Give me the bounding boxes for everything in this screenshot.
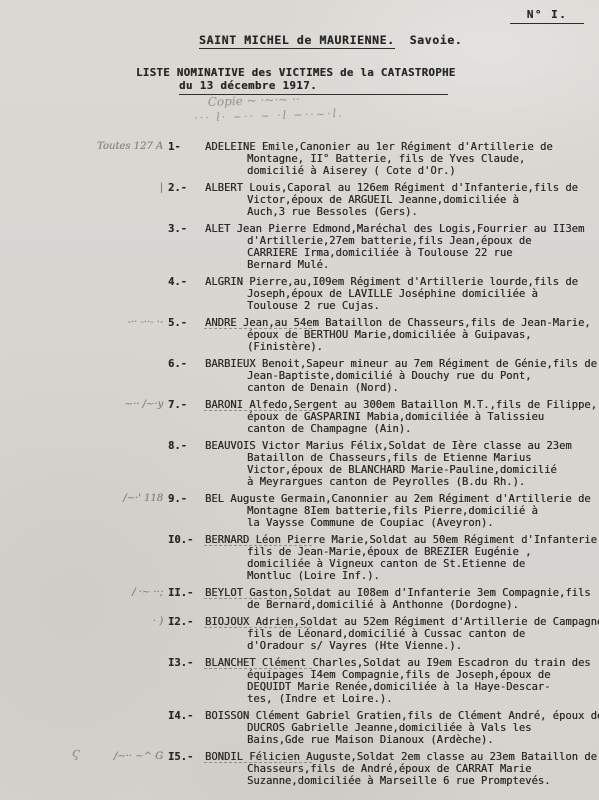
entry-line: à Meyrargues canton de Peyrolles (B.du R…	[247, 476, 599, 488]
entry-line: ALGRIN Pierre,au,I09em Régiment d'Artill…	[205, 276, 599, 288]
entry-text: BERNARD Léon Pierre Marie,Soldat au 50em…	[205, 534, 599, 582]
entry-number: I4.-	[168, 710, 205, 746]
entry-number: 3.-	[168, 223, 205, 271]
entry-line: Victor,époux de BLANCHARD Marie-Pauline,…	[247, 464, 599, 476]
margin-annotation: / ·~ ··;	[0, 587, 168, 611]
handwritten-note-line1: Copie ~ ·~·~ ··	[208, 92, 300, 109]
document-title-row: SAINT MICHEL de MAURIENNE.Savoie.	[199, 33, 462, 47]
entry-line: BARONI Alfedo,Sergent au 300em Bataillon…	[205, 399, 599, 411]
entry-line: d'Artillerie,27em batterie,fils Jean,épo…	[247, 235, 599, 247]
entry-line: fils de Léonard,domicilié à Cussac canto…	[247, 628, 599, 640]
victim-entry: I3.- BLANCHET Clément Charles,Soldat au …	[0, 657, 599, 705]
entry-text: BLANCHET Clément Charles,Soldat au I9em …	[205, 657, 599, 705]
entry-text: BONDIL Félicien Auguste,Soldat 2em class…	[205, 751, 599, 787]
margin-annotation	[0, 276, 168, 312]
entry-line: Victor,époux de ARGUEIL Jeanne,domicilié…	[247, 194, 599, 206]
victim-list: Toutes 127 A 1- ADELEINE Emile,Canonier …	[0, 141, 599, 792]
entry-line: (Finistère).	[247, 341, 599, 353]
entry-line: Bains,Gde rue Maison Dianoux (Ardèche).	[247, 734, 599, 746]
entry-line: Jean-Baptiste,domicilié à Douchy rue du …	[247, 370, 599, 382]
entry-line: BARBIEUX Benoit,Sapeur mineur au 7em Rég…	[205, 358, 599, 370]
entry-text: BARBIEUX Benoit,Sapeur mineur au 7em Rég…	[205, 358, 599, 394]
entry-line: ANDRE Jean,au 54em Bataillon de Chasseur…	[205, 317, 599, 329]
victim-entry: I4.- BOISSON Clément Gabriel Gratien,fil…	[0, 710, 599, 746]
victim-entry: ~·· /~·y 7.- BARONI Alfedo,Sergent au 30…	[0, 399, 599, 435]
entry-text: BEAUVOIS Victor Marius Félix,Soldat de I…	[205, 440, 599, 488]
entry-number: 1-	[168, 141, 205, 177]
entry-number: II.-	[168, 587, 205, 611]
entry-number: 6.-	[168, 358, 205, 394]
margin-annotation	[0, 534, 168, 582]
margin-annotation: Toutes 127 A	[0, 141, 168, 177]
entry-line: BERNARD Léon Pierre Marie,Soldat au 50em…	[205, 534, 599, 546]
document-region: Savoie.	[410, 33, 463, 47]
entry-line: ALET Jean Pierre Edmond,Maréchal des Log…	[205, 223, 599, 235]
entry-line: Joseph,époux de LAVILLE Joséphine domici…	[247, 288, 599, 300]
entry-line: Montluc (Loire Inf.).	[247, 570, 599, 582]
entry-text: BEL Auguste Germain,Canonnier au 2em Rég…	[205, 493, 599, 529]
entry-line: Bernard Mulé.	[247, 259, 599, 271]
entry-number: 2.-	[168, 182, 205, 218]
entry-line: Bataillon de Chasseurs,fils de Etienne M…	[247, 452, 599, 464]
victim-entry: /~·' 118 9.- BEL Auguste Germain,Canonni…	[0, 493, 599, 529]
document-title: SAINT MICHEL de MAURIENNE.	[199, 33, 395, 49]
entry-line: domiciliée à Vigneux canton de St.Etienn…	[247, 558, 599, 570]
entry-line: Auch,3 rue Bessoles (Gers).	[247, 206, 599, 218]
entry-line: BEL Auguste Germain,Canonnier au 2em Rég…	[205, 493, 599, 505]
entry-line: BOISSON Clément Gabriel Gratien,fils de …	[205, 710, 599, 722]
entry-line: BLANCHET Clément Charles,Soldat au I9em …	[205, 657, 599, 669]
entry-line: domicilié à Aiserey ( Cote d'Or.)	[247, 165, 599, 177]
page-number: N° I.	[510, 8, 584, 24]
entry-line: BEAUVOIS Victor Marius Félix,Soldat de I…	[205, 440, 599, 452]
entry-text: BOISSON Clément Gabriel Gratien,fils de …	[205, 710, 599, 746]
entry-number: I3.-	[168, 657, 205, 705]
entry-line: CARRIERE Irma,domiciliée à Toulouse 22 r…	[247, 247, 599, 259]
victim-entry: / ·~ ··; II.- BEYLOT Gaston,Soldat au I0…	[0, 587, 599, 611]
entry-line: fils de Jean-Marie,époux de BREZIER Eugé…	[247, 546, 599, 558]
margin-annotation	[0, 440, 168, 488]
margin-annotation	[0, 358, 168, 394]
entry-line: tes, (Indre et Loire.).	[247, 693, 599, 705]
entry-text: ADELEINE Emile,Canonier au 1er Régiment …	[205, 141, 599, 177]
margin-annotation: ~·· /~·y	[0, 399, 168, 435]
victim-entry: I0.- BERNARD Léon Pierre Marie,Soldat au…	[0, 534, 599, 582]
margin-annotation: -·· -··- ·-	[0, 317, 168, 353]
victim-entry: 8.- BEAUVOIS Victor Marius Félix,Soldat …	[0, 440, 599, 488]
entry-number: 5.-	[168, 317, 205, 353]
entry-line: Toulouse 2 rue Cujas.	[247, 300, 599, 312]
entry-text: ALET Jean Pierre Edmond,Maréchal des Log…	[205, 223, 599, 271]
margin-annotation: /~·' 118	[0, 493, 168, 529]
entry-text: BARONI Alfedo,Sergent au 300em Bataillon…	[205, 399, 599, 435]
victim-entry: 6.- BARBIEUX Benoit,Sapeur mineur au 7em…	[0, 358, 599, 394]
handwritten-note: Copie ~ ·~·~ ·· ··· l· ~·· ~ ·l ~··~·l.	[208, 91, 344, 125]
entry-line: Montagne 8Iem batterie,fils Pierre,domic…	[247, 505, 599, 517]
entry-line: Montagne, II° Batterie, fils de Yves Cla…	[247, 153, 599, 165]
margin-annotation: |	[0, 182, 168, 218]
margin-annotation	[0, 657, 168, 705]
entry-line: BIOJOUX Adrien,Soldat au 52em Régiment d…	[205, 616, 599, 628]
victim-entry: · ) I2.- BIOJOUX Adrien,Soldat au 52em R…	[0, 616, 599, 652]
entry-line: équipages I4em Compagnie,fils de Joseph,…	[247, 669, 599, 681]
entry-number: 8.-	[168, 440, 205, 488]
victim-entry: /~·· ~^ G I5.- BONDIL Félicien Auguste,S…	[0, 751, 599, 787]
margin-annotation	[0, 710, 168, 746]
margin-annotation: /~·· ~^ G	[0, 751, 168, 787]
entry-line: Suzanne,domiciliée à Marseille 6 rue Pro…	[247, 775, 599, 787]
entry-line: ALBERT Louis,Caporal au 126em Régiment d…	[205, 182, 599, 194]
entry-text: ALBERT Louis,Caporal au 126em Régiment d…	[205, 182, 599, 218]
entry-number: I2.-	[168, 616, 205, 652]
margin-annotation: · )	[0, 616, 168, 652]
victim-entry: -·· -··- ·- 5.- ANDRE Jean,au 54em Batai…	[0, 317, 599, 353]
entry-line: de Bernard,domicilié à Anthonne (Dordogn…	[247, 599, 599, 611]
margin-annotation	[0, 223, 168, 271]
entry-number: 9.-	[168, 493, 205, 529]
entry-line: canton de Denain (Nord).	[247, 382, 599, 394]
victim-entry: Toutes 127 A 1- ADELEINE Emile,Canonier …	[0, 141, 599, 177]
entry-line: BEYLOT Gaston,Soldat au I08em d'Infanter…	[205, 587, 599, 599]
entry-number: I5.-	[168, 751, 205, 787]
entry-line: époux de GASPARINI Mabia,domiciliée à Ta…	[247, 411, 599, 423]
entry-line: Chasseurs,fils de André,époux de CARRAT …	[247, 763, 599, 775]
entry-number: I0.-	[168, 534, 205, 582]
entry-line: époux de BERTHOU Marie,domiciliée à Guip…	[247, 329, 599, 341]
victim-entry: 4.- ALGRIN Pierre,au,I09em Régiment d'Ar…	[0, 276, 599, 312]
entry-text: BEYLOT Gaston,Soldat au I08em d'Infanter…	[205, 587, 599, 611]
entry-line: d'Oradour s/ Vayres (Hte Vienne.).	[247, 640, 599, 652]
victim-entry: 3.- ALET Jean Pierre Edmond,Maréchal des…	[0, 223, 599, 271]
entry-number: 7.-	[168, 399, 205, 435]
victim-entry: | 2.- ALBERT Louis,Caporal au 126em Régi…	[0, 182, 599, 218]
entry-line: la Vaysse Commune de Coupiac (Aveyron).	[247, 517, 599, 529]
entry-text: ALGRIN Pierre,au,I09em Régiment d'Artill…	[205, 276, 599, 312]
entry-line: BONDIL Félicien Auguste,Soldat 2em class…	[205, 751, 599, 763]
entry-text: ANDRE Jean,au 54em Bataillon de Chasseur…	[205, 317, 599, 353]
scanned-document: { "header": { "page_number": "N° I.", "t…	[0, 0, 599, 800]
entry-line: DUCROS Gabrielle Jeanne,domiciliée à Val…	[247, 722, 599, 734]
entry-line: ADELEINE Emile,Canonier au 1er Régiment …	[205, 141, 599, 153]
entry-line: DEQUIDT Marie Renée,domiciliée à la Haye…	[247, 681, 599, 693]
entry-text: BIOJOUX Adrien,Soldat au 52em Régiment d…	[205, 616, 599, 652]
entry-line: canton de Champagne (Ain).	[247, 423, 599, 435]
document-subtitle: LISTE NOMINATIVE des VICTIMES de la CATA…	[136, 66, 456, 79]
entry-number: 4.-	[168, 276, 205, 312]
